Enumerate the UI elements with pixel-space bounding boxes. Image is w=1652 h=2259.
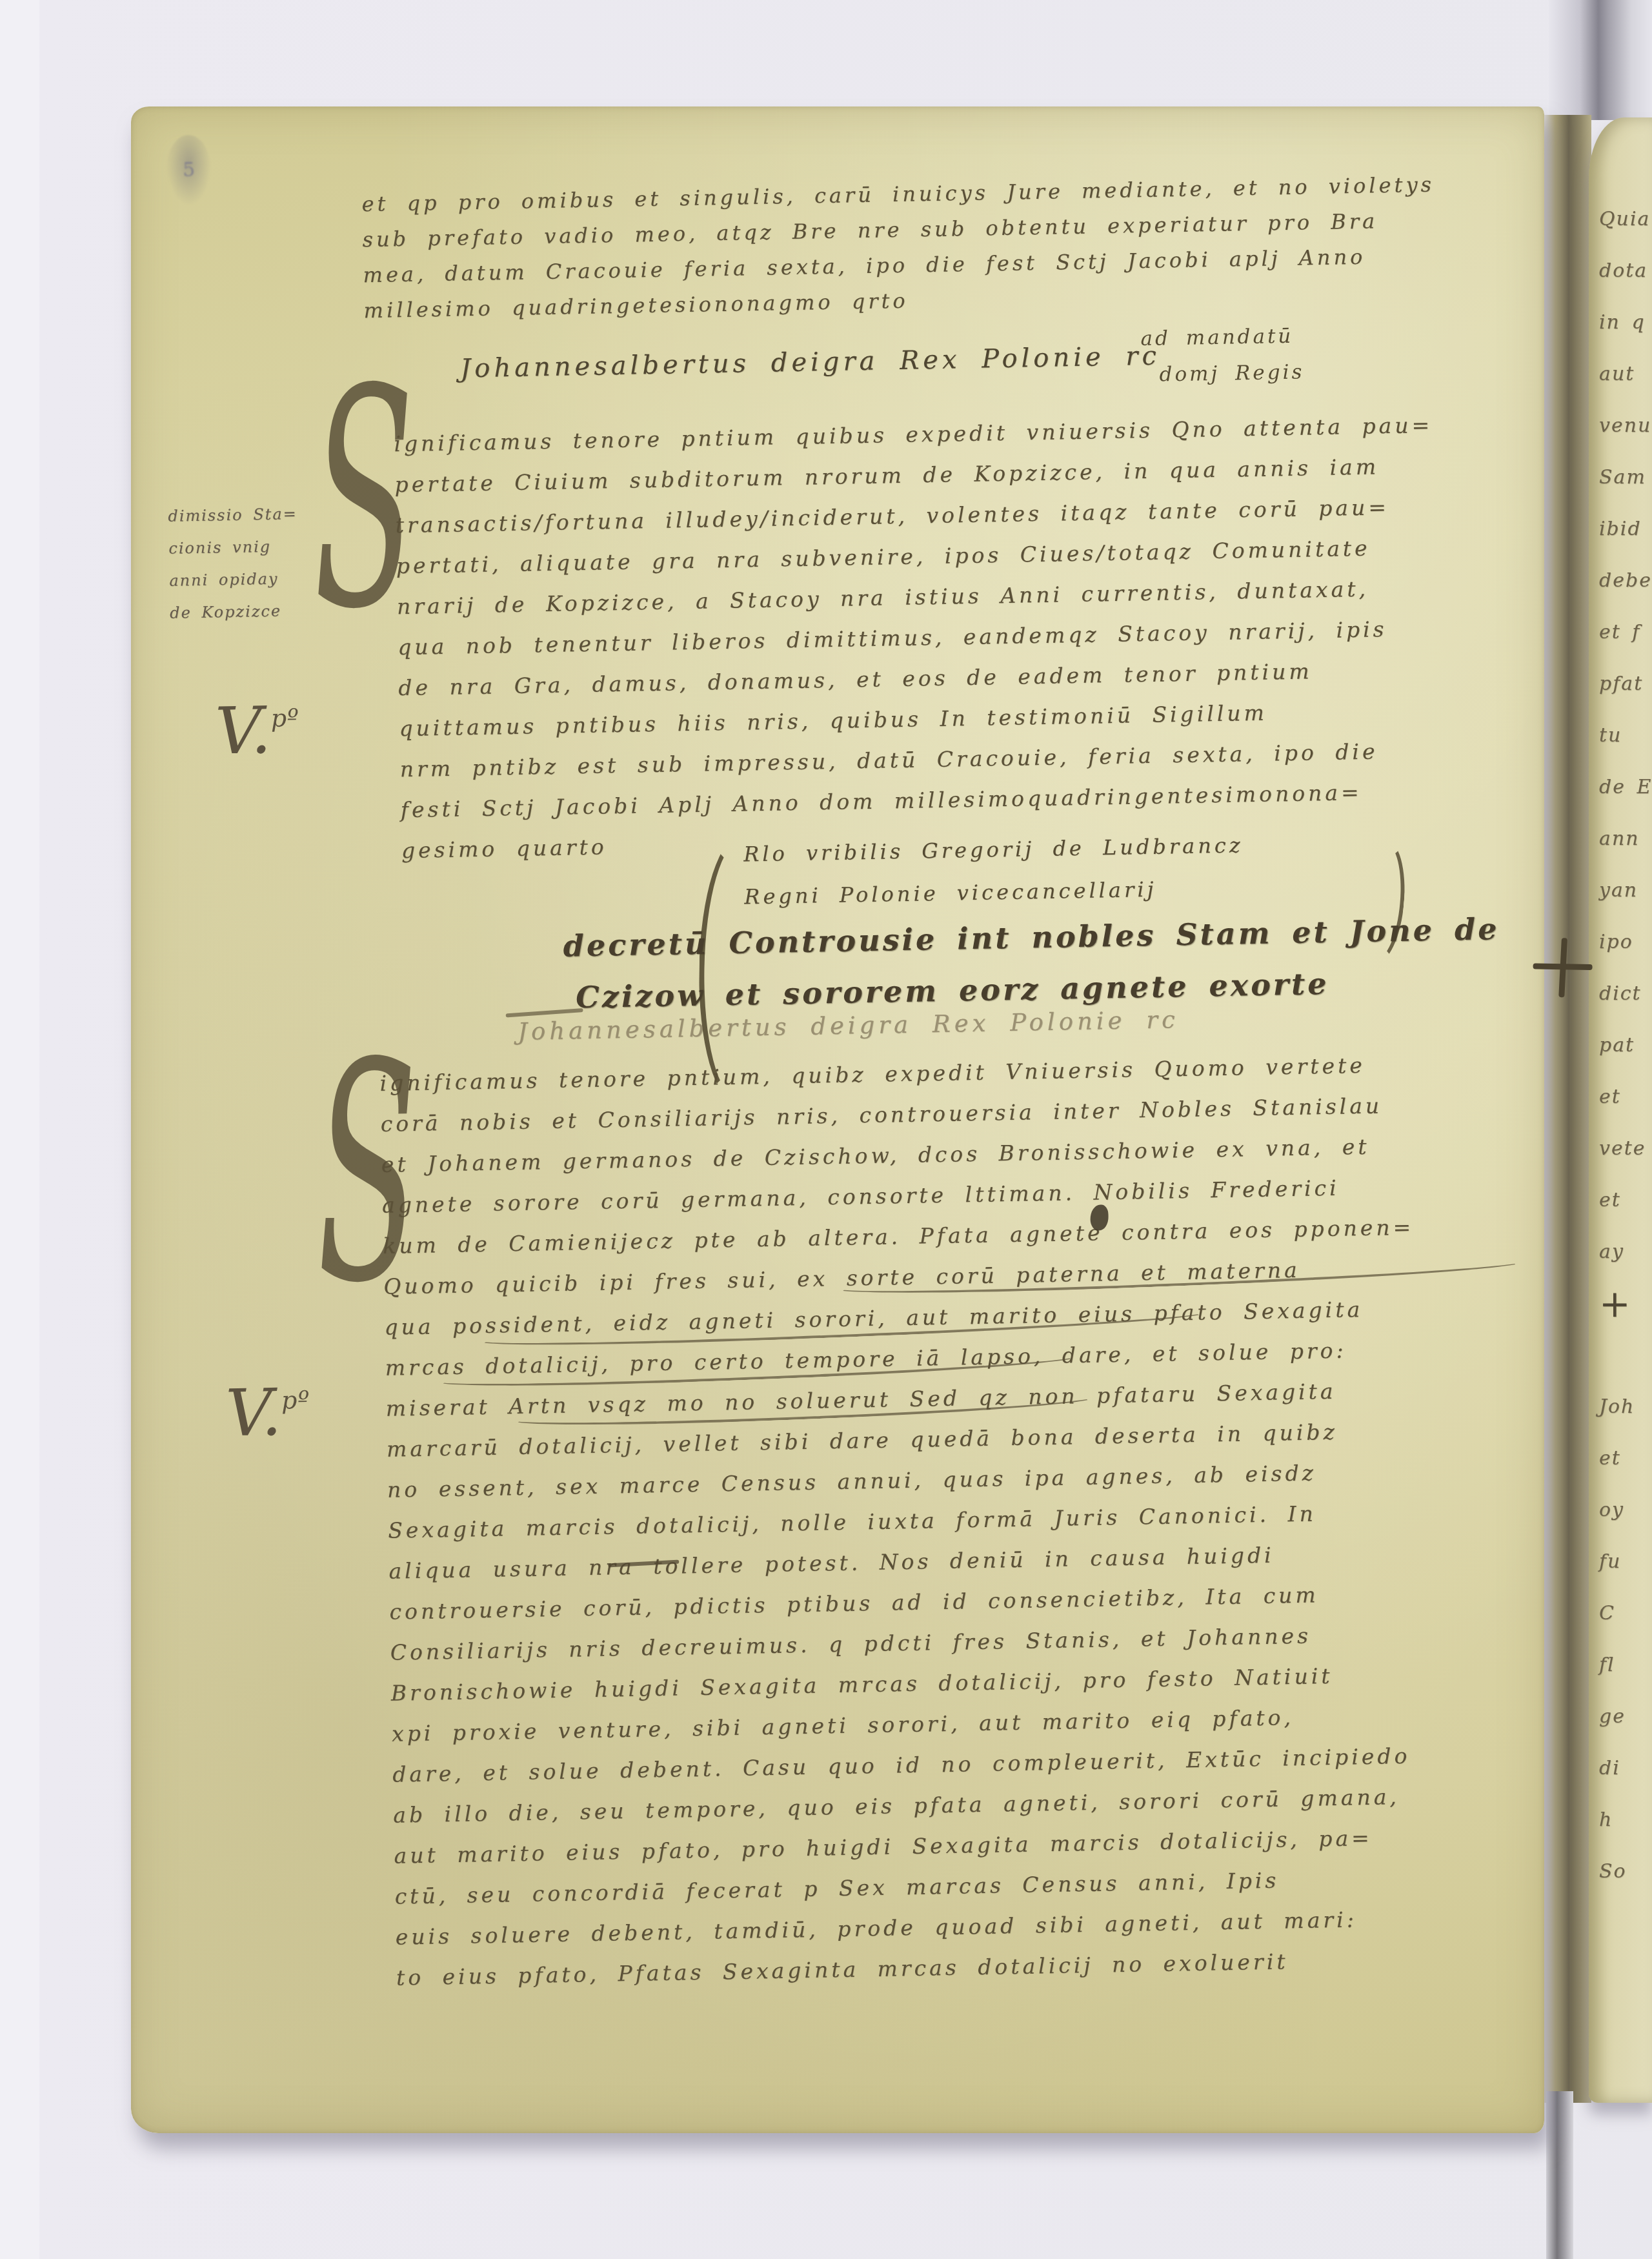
text-fragment: et (1599, 1071, 1652, 1123)
page-content: 5 et qp pro omibus et singulis, carū inu… (130, 81, 1580, 2134)
text-fragment: Joh (1599, 1381, 1652, 1433)
text-fragment: fl (1599, 1639, 1652, 1691)
text-fragment: aut (1599, 349, 1652, 400)
text-fragment: tu (1599, 710, 1652, 762)
margin-note: dimissio Sta=cionis vniganni opidayde Ko… (168, 498, 299, 629)
text-fragment: de Es (1599, 762, 1652, 813)
facing-page-text-fragments: Quiadotain qautvenuSamibiddebeet fpfattu… (1589, 117, 1652, 1898)
notary-sup: pº (270, 704, 299, 733)
text-fragment: ge (1599, 1691, 1652, 1743)
text-fragment: dict (1599, 968, 1652, 1020)
text-fragment: yan (1599, 865, 1652, 917)
text-fragment: fu (1599, 1536, 1652, 1588)
cross-mark (1533, 937, 1593, 998)
text-fragment: di (1599, 1743, 1652, 1794)
text-fragment: debe (1599, 555, 1652, 607)
margin-note-line: anni opiday (169, 562, 299, 597)
manuscript-scan: Quiadotain qautvenuSamibiddebeet fpfattu… (0, 0, 1652, 2259)
text-fragment: pfat (1599, 658, 1652, 710)
notary-v: V. (214, 693, 272, 769)
text-fragment: dota (1599, 245, 1652, 297)
text-fragment: et (1599, 1175, 1652, 1226)
margin-note-line: de Kopzizce (170, 594, 299, 629)
decree-heading: decretū Controusie int nobles Stam et Jo… (563, 903, 1501, 1024)
margin-note-line: cionis vnig (168, 530, 298, 565)
text-fragment: et (1599, 1433, 1652, 1484)
entry2-text: ignificamus tenore pntium quibus expedit… (394, 405, 1440, 871)
text-fragment (1599, 1330, 1652, 1381)
folio-smudge-mark: 5 (166, 134, 212, 206)
text-fragment: + (1599, 1278, 1652, 1330)
facing-page-edge: Quiadotain qautvenuSamibiddebeet fpfattu… (1589, 117, 1652, 2103)
text-fragment: h (1599, 1794, 1652, 1846)
entry3-text: ignificamus tenore pntium, quibz expedit… (379, 1044, 1428, 1998)
manuscript-page: 5 et qp pro omibus et singulis, carū inu… (131, 106, 1544, 2133)
text-fragment: pat (1599, 1020, 1652, 1071)
ad-mandatum-line2: domj Regis (1141, 354, 1305, 393)
binding-rod (1546, 2091, 1573, 2259)
text-fragment: ipo (1599, 917, 1652, 968)
text-fragment: oy (1599, 1484, 1652, 1536)
text-fragment: vete (1599, 1123, 1652, 1175)
notary-v: V. (225, 1375, 283, 1452)
notary-mark-2: V.pº (225, 1383, 310, 1443)
royal-intitulatio-1: Johannesalbertus deigra Rex Polonie rc (460, 341, 1160, 384)
notary-sup: pº (281, 1386, 310, 1415)
notary-mark-1: V.pº (215, 701, 300, 760)
text-fragment: C (1599, 1588, 1652, 1639)
text-fragment: in q (1599, 297, 1652, 349)
text-fragment: ibid (1599, 503, 1652, 555)
text-fragment: ay (1599, 1226, 1652, 1278)
binding-top-shadow (1549, 0, 1652, 120)
text-fragment: Sam (1599, 452, 1652, 503)
text-fragment: et f (1599, 607, 1652, 658)
entry1-text: et qp pro omibus et singulis, carū inuic… (361, 167, 1436, 329)
ad-mandatum-line1: ad mandatū (1140, 325, 1293, 350)
text-fragment: venu (1599, 400, 1652, 452)
chancellor-signature: Rlo vribilis Gregorij de LudbranczRegni … (743, 824, 1245, 918)
text-fragment: ann (1599, 813, 1652, 865)
text-fragment: So (1599, 1846, 1652, 1898)
cross-bar-horizontal (1533, 964, 1593, 971)
margin-note-line: dimissio Sta= (168, 498, 297, 532)
text-fragment: Quia (1599, 194, 1652, 245)
ad-mandatum-note: ad mandatū domj Regis (1140, 318, 1305, 393)
